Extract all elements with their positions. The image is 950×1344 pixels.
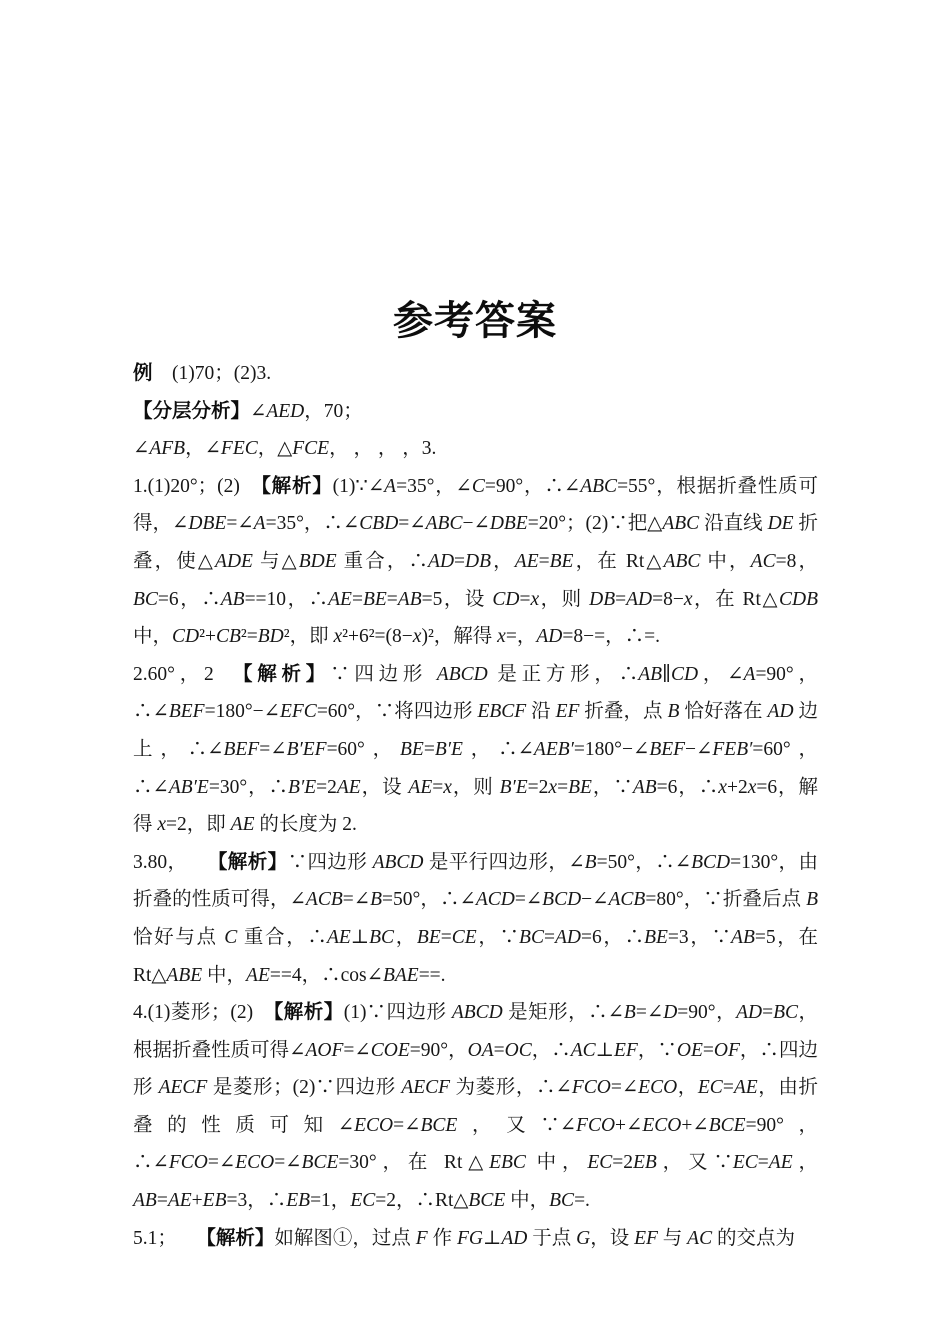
document-page: 参考答案 例 (1)70；(2)3. 【分层分析】∠AED，70； ∠AFB，∠…: [0, 0, 950, 1344]
layered-analysis-blanks: ∠AFB，∠FEC，△FCE， ， ， ，3.: [133, 430, 818, 468]
answer-1: 1.(1)20°；(2) 【解析】(1)∵∠A=35°，∠C=90°，∴∠ABC…: [133, 468, 818, 656]
answers-body: 例 (1)70；(2)3. 【分层分析】∠AED，70； ∠AFB，∠FEC，△…: [133, 355, 818, 1257]
answer-4: 4.(1)菱形；(2) 【解析】(1)∵四边形 ABCD 是矩形，∴∠B=∠D=…: [133, 994, 818, 1220]
example-answer: 例 (1)70；(2)3.: [133, 355, 818, 393]
answer-5: 5.1； 【解析】如解图①，过点 F 作 FG⊥AD 于点 G，设 EF 与 A…: [133, 1220, 818, 1258]
answer-3: 3.80， 【解析】∵四边形 ABCD 是平行四边形，∠B=50°，∴∠BCD=…: [133, 844, 818, 994]
page-title: 参考答案: [0, 297, 950, 345]
answer-2: 2.60°，2 【解析】∵四边形 ABCD 是正方形，∴AB∥CD，∠A=90°…: [133, 656, 818, 844]
layered-analysis: 【分层分析】∠AED，70；: [133, 393, 818, 431]
